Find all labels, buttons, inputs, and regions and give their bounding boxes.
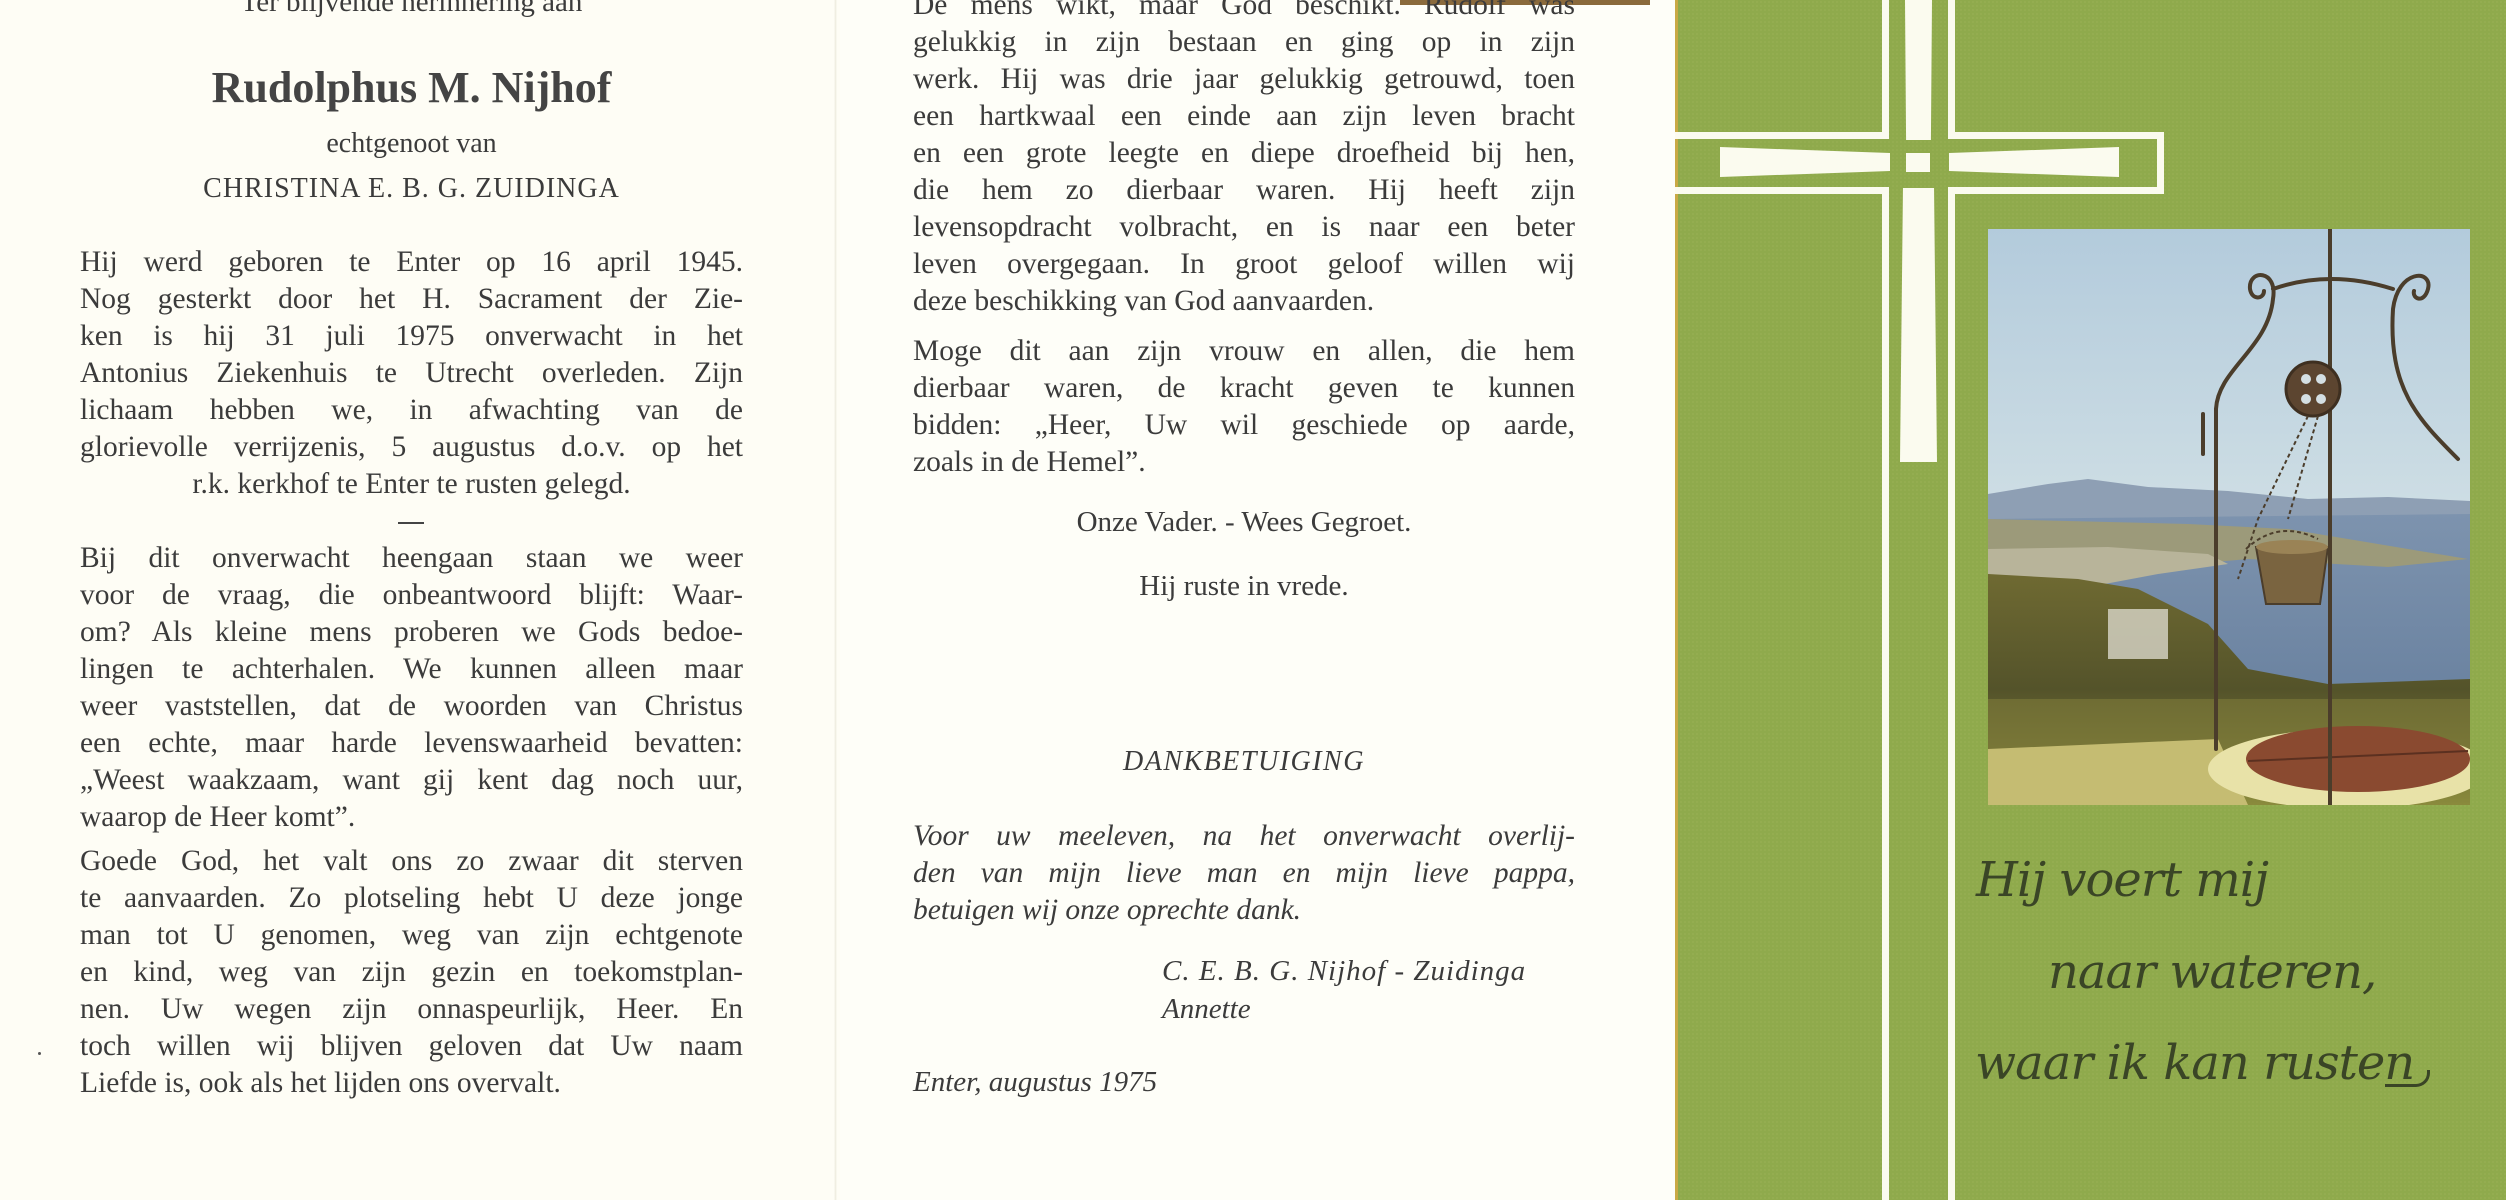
cross-line (1882, 187, 1889, 1200)
quote-line: Hij voert mij (1976, 852, 2268, 908)
cross-line (1882, 0, 1889, 139)
cross-line (2157, 132, 2164, 194)
text-line: gelukkig in zijn bestaan en ging op in z… (913, 24, 1575, 61)
text-line: en een grote leegte en diepe droefheid b… (913, 135, 1575, 172)
text-line: Antonius Ziekenhuis te Utrecht overleden… (80, 355, 743, 392)
text-line: lichaam hebben we, in afwachting van de (80, 392, 743, 429)
text-line: lingen te achterhalen. We kunnen alleen … (80, 651, 743, 688)
cross-line (1948, 132, 2164, 139)
cover-photo (1988, 229, 2470, 805)
place-date: Enter, augustus 1975 (913, 1066, 1157, 1099)
ink-speck (38, 1052, 41, 1055)
page-fold (834, 0, 837, 1200)
text-line: Hij werd geboren te Enter op 16 april 19… (80, 244, 743, 281)
cross-line (1948, 187, 1955, 1200)
text-line: Bij dit onverwacht heengaan staan we wee… (80, 540, 743, 577)
rest-in-peace-line: Hij ruste in vrede. (913, 570, 1575, 603)
text-line: levensopdracht volbracht, en is naar een… (913, 209, 1575, 246)
text-line: man tot U genomen, weg van zijn echtgeno… (80, 917, 743, 954)
text-line: een echte, maar harde levenswaarheid bev… (80, 725, 743, 762)
text-line: Moge dit aan zijn vrouw en allen, die he… (913, 333, 1575, 370)
text-line: bidden: „Heer, Uw wil geschiede op aarde… (913, 407, 1575, 444)
text-line: en kind, weg van zijn gezin en toekomstp… (80, 954, 743, 991)
text-line: ken is hij 31 juli 1975 onverwacht in he… (80, 318, 743, 355)
text-line: leven overgegaan. In groot geloof willen… (913, 246, 1575, 283)
text-line: toch willen wij blijven geloven dat Uw n… (80, 1028, 743, 1065)
thanks-heading: DANKBETUIGING (913, 746, 1575, 778)
text-line: nen. Uw wegen zijn onnaspeurlijk, Heer. … (80, 991, 743, 1028)
spouse-name: CHRISTINA E. B. G. ZUIDINGA (80, 173, 743, 205)
text-line: den van mijn lieve man en mijn lieve pap… (913, 855, 1575, 892)
signature-family: C. E. B. G. Nijhof - Zuidinga (1162, 955, 1526, 988)
text-line: om? Als kleine mens proberen we Gods bed… (80, 614, 743, 651)
cross-center (1906, 153, 1930, 172)
text-line: Nog gesterkt door het H. Sacrament der Z… (80, 281, 743, 318)
text-line: Goede God, het valt ons zo zwaar dit ste… (80, 843, 743, 880)
text-line: die hem zo dierbaar waren. Hij heeft zij… (913, 172, 1575, 209)
text-line: werk. Hij was drie jaar gelukkig getrouw… (913, 61, 1575, 98)
cross-bar-bottom (1900, 188, 1937, 462)
text-line: deze beschikking van God aanvaarden. (913, 283, 1575, 320)
cross-line (1675, 132, 1889, 139)
text-line: dierbaar waren, de kracht geven te kunne… (913, 370, 1575, 407)
text-line: voor de vraag, die onbeantwoord blijft: … (80, 577, 743, 614)
cross-line (1948, 187, 2164, 194)
text-line: Liefde is, ook als het lijden ons overva… (80, 1065, 743, 1102)
quote-line: naar wateren, (2048, 944, 2376, 1000)
flourish-icon (2385, 1070, 2430, 1087)
text-line: een hartkwaal een einde aan zijn leven b… (913, 98, 1575, 135)
text-line: weer vaststellen, dat de woorden van Chr… (80, 688, 743, 725)
text-line: glorievolle verrijzenis, 5 augustus d.o.… (80, 429, 743, 466)
cross-bar-top (1905, 0, 1932, 140)
text-line: r.k. kerkhof te Enter te rusten gelegd. (80, 466, 743, 503)
text-line: zoals in de Hemel”. (913, 444, 1575, 481)
intro-line: Ter blijvende herinnering aan (80, 0, 743, 20)
text-line: Voor uw meeleven, na het onverwacht over… (913, 818, 1575, 855)
deceased-name: Rudolphus M. Nijhof (80, 62, 743, 113)
signature-child: Annette (1162, 993, 1251, 1026)
prayer-paragraph: Goede God, het valt ons zo zwaar dit ste… (80, 843, 743, 1102)
biography-paragraph: Hij werd geboren te Enter op 16 april 19… (80, 244, 743, 503)
separator-dash (398, 522, 424, 524)
text-line: betuigen wij onze oprechte dank. (913, 892, 1575, 929)
text-line: De mens wikt, maar God beschikt. Rudolf … (913, 0, 1575, 24)
text-line: „Weest waakzaam, want gij kent dag noch … (80, 762, 743, 799)
prayers-line: Onze Vader. - Wees Gegroet. (913, 506, 1575, 539)
cross-line (1948, 0, 1955, 139)
spouse-label: echtgenoot van (80, 128, 743, 160)
cross-line (1675, 187, 1889, 194)
reflection-paragraph: Bij dit onverwacht heengaan staan we wee… (80, 540, 743, 836)
text-line: te aanvaarden. Zo plotseling hebt U deze… (80, 880, 743, 917)
text-line: waarop de Heer komt”. (80, 799, 743, 836)
quote-line: waar ik kan rusten (1975, 1035, 2414, 1091)
wish-paragraph: Moge dit aan zijn vrouw en allen, die he… (913, 333, 1575, 481)
thanks-paragraph: Voor uw meeleven, na het onverwacht over… (913, 818, 1575, 929)
life-paragraph: De mens wikt, maar God beschikt. Rudolf … (913, 0, 1575, 320)
